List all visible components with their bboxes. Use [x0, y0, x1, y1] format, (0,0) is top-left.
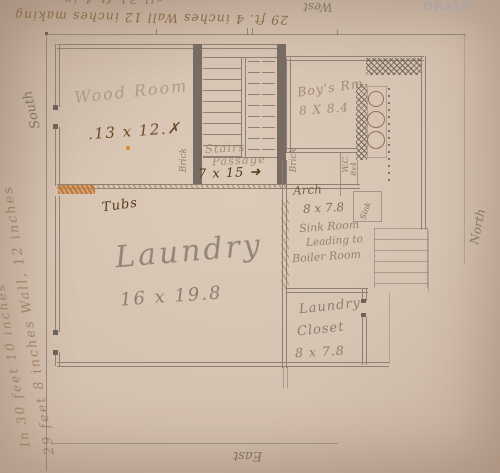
wall-closet-outer	[389, 292, 390, 364]
dotted-line-column	[388, 88, 390, 185]
wash-tub-2	[367, 111, 385, 128]
wall-wood-left-upper	[55, 44, 60, 107]
border-tick-1	[156, 29, 157, 35]
wall-right-outer	[421, 56, 426, 230]
wood-room-dims: .13 x 12.✗	[88, 121, 182, 142]
drain-note: DRAIN	[423, 1, 472, 12]
laundry-closet-line-1: Laundry	[298, 297, 361, 316]
boiler-stairs-rail	[428, 230, 429, 292]
wall-bottom-main	[57, 362, 389, 367]
door-jamb	[53, 330, 58, 335]
sink-room-line-3: Boiler Room	[292, 249, 362, 265]
boys-room-name: Boy's Rm	[296, 77, 364, 99]
sink-room-line-2: Leading to	[306, 234, 363, 248]
door-jamb	[361, 313, 366, 317]
boys-room-dims: 8 X 8.4	[299, 101, 350, 116]
border-tick-2b	[252, 28, 253, 35]
wall-stair-left-masonry	[193, 44, 202, 185]
compass-south-label: South	[21, 89, 42, 130]
arch-label: Arch	[293, 183, 322, 196]
floor-plan-drawing: all 31 ft 4 in 29 ft. 4 inches Wall 12 i…	[0, 0, 500, 473]
laundry-tubs-label: Tubs	[101, 197, 139, 215]
border-corner-dot	[45, 32, 48, 35]
door-jamb	[53, 350, 58, 355]
wall-mid-hatch	[281, 200, 289, 290]
wc-dims: 8x4	[350, 162, 358, 176]
wood-room-name: Wood Room	[73, 78, 188, 106]
laundry-name: Laundry	[114, 231, 264, 274]
wall-closet-top	[286, 288, 368, 293]
stair-wall-left-material-label: Brick	[180, 148, 189, 172]
compass-east-label: East	[233, 449, 262, 462]
border-tick-2a	[247, 28, 248, 35]
border-bottom	[52, 443, 338, 444]
stair-treads-right-run-a	[248, 61, 260, 158]
sink-room-line-1: Sink Room	[299, 219, 360, 234]
compass-west-label: West	[303, 1, 332, 13]
stair-landing-line	[203, 57, 277, 58]
wall-wood-left-lower	[55, 127, 60, 186]
laundry-dims: 16 x 19.8	[119, 284, 223, 309]
stair-wall-right-material-label: Brick	[290, 148, 299, 172]
wall-orange-segment	[58, 185, 95, 194]
stairs-dims: 7 x 15 ➜	[198, 166, 262, 181]
wall-closet-right-lower	[362, 317, 367, 365]
wash-tub-3	[367, 131, 385, 149]
wash-tub-1	[368, 91, 384, 107]
top-margin-note: 29 ft. 4 inches Wall 12 inches making	[14, 9, 288, 26]
door-jamb	[361, 299, 366, 303]
wall-laundry-left-upper	[55, 196, 60, 332]
laundry-closet-dims: 8 x 7.8	[295, 345, 345, 360]
wall-crosshatch-top-right	[366, 58, 422, 75]
top-margin-note-fragment: all 31 ft 4 in	[62, 0, 164, 5]
sink-room-dims: 8 x 7.8	[303, 201, 345, 215]
orange-fleck	[126, 146, 130, 150]
boiler-stairs	[374, 228, 428, 288]
door-jamb	[53, 105, 58, 110]
border-top	[46, 34, 466, 35]
border-right	[464, 34, 465, 264]
compass-north-label: North	[468, 208, 487, 246]
stair-treads-right-run-b	[262, 61, 275, 158]
wall-stub-below	[283, 367, 288, 388]
wall-hatch-strip	[356, 84, 367, 160]
wall-boys-left	[286, 58, 291, 153]
laundry-closet-line-2: Closet	[296, 321, 345, 339]
border-tick-3	[337, 30, 338, 35]
wall-top-main	[57, 44, 286, 49]
door-jamb	[53, 124, 58, 129]
